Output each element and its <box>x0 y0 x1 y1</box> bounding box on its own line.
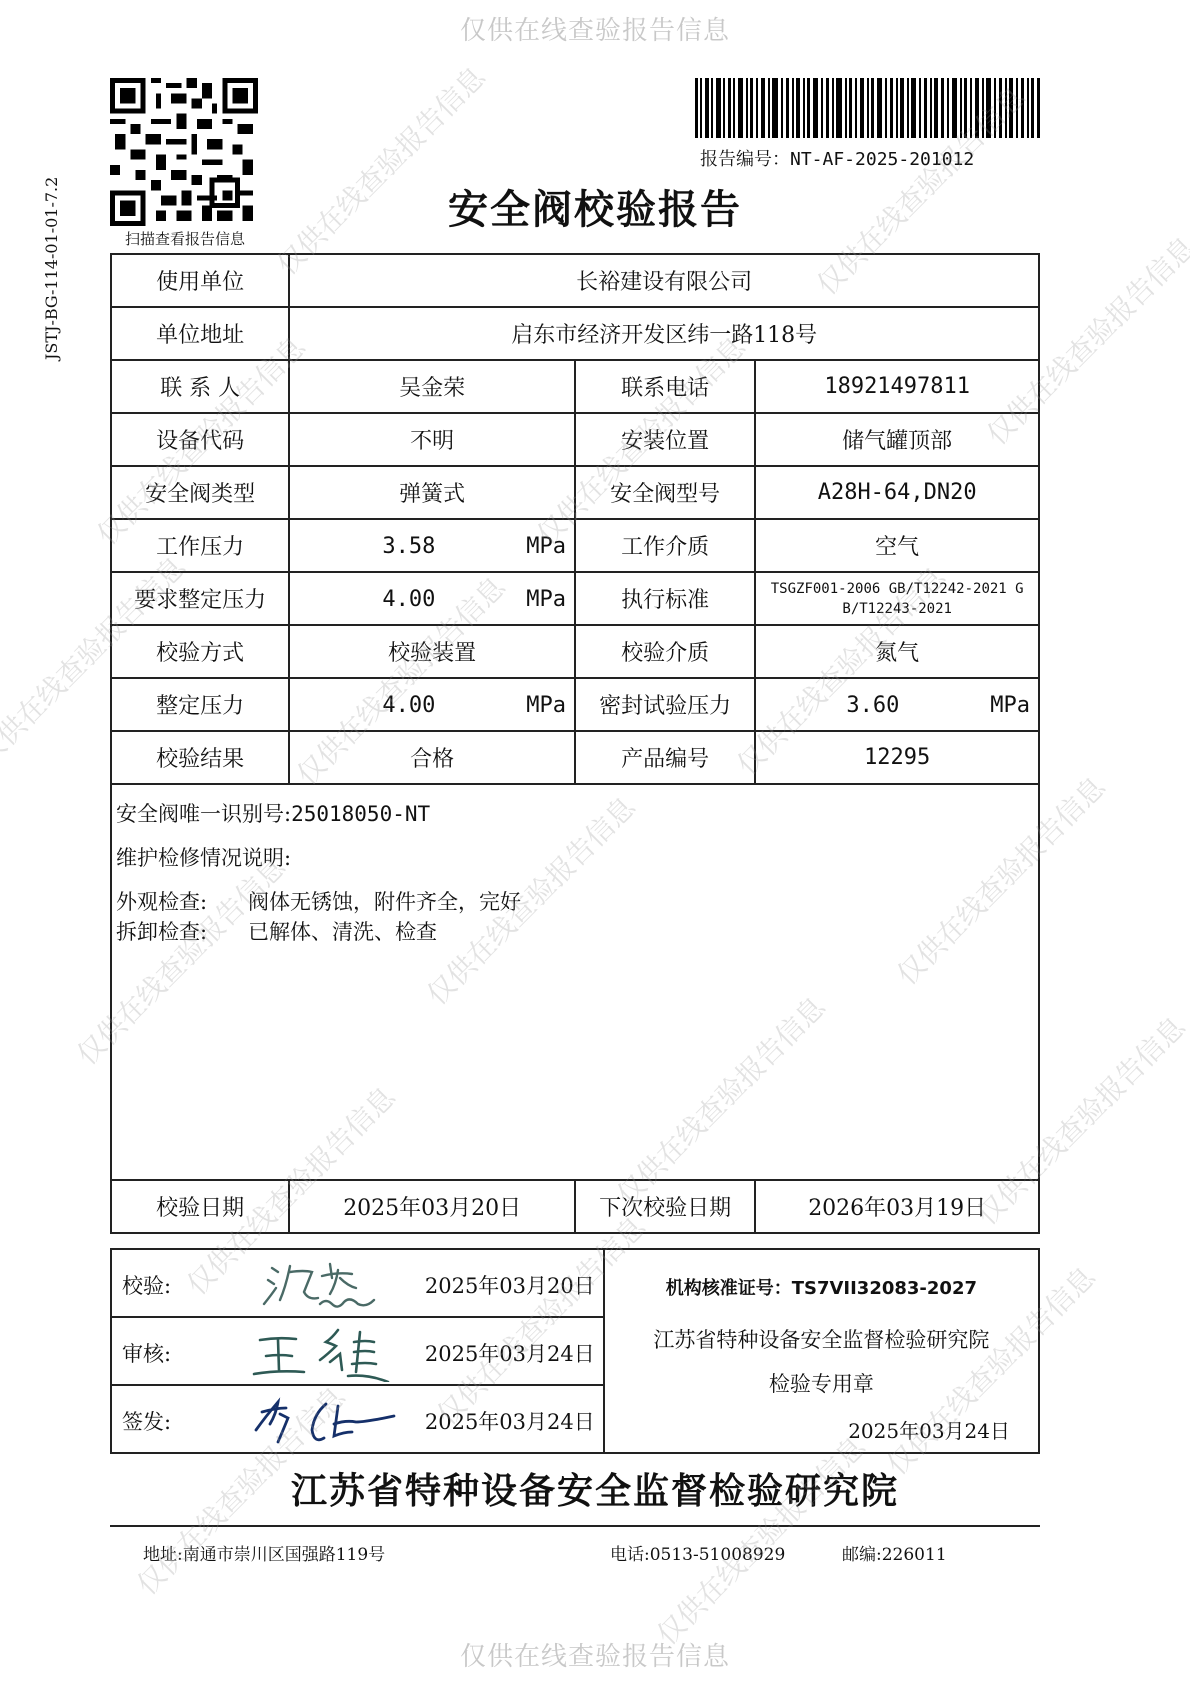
signature-approver-icon <box>242 1390 422 1450</box>
required-set-pressure-number: 4.00 <box>382 587 435 612</box>
value-contact: 吴金荣 <box>289 360 575 413</box>
report-number-value: NT-AF-2025-201012 <box>790 149 974 170</box>
label-product-no: 产品编号 <box>575 731 755 784</box>
seal-org-name: 江苏省特种设备安全监督检验研究院 <box>605 1324 1038 1354</box>
seal-test-pressure-number: 3.60 <box>846 693 899 718</box>
seal-date: 2025年03月24日 <box>848 1415 1010 1444</box>
signature-table: 校验: 2025年03月20日 机构核准证号：TS7VII32083-2027 … <box>110 1248 1040 1454</box>
label-contact: 联 系 人 <box>111 360 289 413</box>
unique-id: 安全阀唯一识别号:25018050-NT <box>116 799 1034 829</box>
label-valve-model: 安全阀型号 <box>575 466 755 519</box>
set-pressure-number: 4.00 <box>382 693 435 718</box>
table-row: 安全阀类型 弹簧式 安全阀型号 A28H-64,DN20 <box>111 466 1039 519</box>
label-standard: 执行标准 <box>575 572 755 625</box>
value-next-date: 2026年03月19日 <box>755 1180 1039 1233</box>
label-test-medium: 校验介质 <box>575 625 755 678</box>
report-number-label: 报告编号： <box>700 149 790 170</box>
value-set-pressure: 4.00 MPa <box>289 678 575 731</box>
cert-number: 机构核准证号：TS7VII32083-2027 <box>605 1274 1038 1300</box>
value-test-medium: 氮气 <box>755 625 1039 678</box>
table-row: 校验方式 校验装置 校验介质 氮气 <box>111 625 1039 678</box>
value-install-location: 储气罐顶部 <box>755 413 1039 466</box>
table-row: 校验结果 合格 产品编号 12295 <box>111 731 1039 784</box>
disassembly-check: 拆卸检查:已解体、清洗、检查 <box>116 917 1034 947</box>
value-unit-address: 启东市经济开发区纬一路118号 <box>289 307 1039 360</box>
footer-address: 地址:南通市崇川区国强路119号 <box>143 1540 385 1565</box>
label-test-method: 校验方式 <box>111 625 289 678</box>
signature-row-inspect: 校验: 2025年03月20日 <box>111 1249 604 1317</box>
watermark-bottom: 仅供在线查验报告信息 <box>0 1636 1190 1673</box>
table-row: 设备代码 不明 安装位置 储气罐顶部 <box>111 413 1039 466</box>
info-table: 使用单位 长裕建设有限公司 单位地址 启东市经济开发区纬一路118号 联 系 人… <box>110 253 1040 1234</box>
table-row: 联 系 人 吴金荣 联系电话 18921497811 <box>111 360 1039 413</box>
seal-stamp-label: 检验专用章 <box>605 1368 1038 1398</box>
watermark-diagonal: 仅供在线查验报告信息 <box>267 57 493 283</box>
label-install-location: 安装位置 <box>575 413 755 466</box>
label-inspect-date: 校验日期 <box>111 1180 289 1233</box>
value-required-set-pressure: 4.00 MPa <box>289 572 575 625</box>
maintenance-notes: 安全阀唯一识别号:25018050-NT 维护检修情况说明: 外观检查:阀体无锈… <box>111 784 1039 1180</box>
barcode-icon <box>695 78 1040 138</box>
table-row: 要求整定压力 4.00 MPa 执行标准 TSGZF001-2006 GB/T1… <box>111 572 1039 625</box>
maintenance-title: 维护检修情况说明: <box>116 843 1034 873</box>
value-valve-type: 弹簧式 <box>289 466 575 519</box>
value-working-medium: 空气 <box>755 519 1039 572</box>
value-phone: 18921497811 <box>755 360 1039 413</box>
seal-cell: 机构核准证号：TS7VII32083-2027 江苏省特种设备安全监督检验研究院… <box>604 1249 1039 1453</box>
date-inspect: 2025年03月20日 <box>425 1270 595 1300</box>
watermark-top: 仅供在线查验报告信息 <box>0 10 1190 47</box>
label-next-date: 下次校验日期 <box>575 1180 755 1233</box>
table-row: 使用单位 长裕建设有限公司 <box>111 254 1039 307</box>
footer-divider <box>110 1525 1040 1527</box>
page-title: 安全阀校验报告 <box>0 178 1190 235</box>
value-working-pressure: 3.58 MPa <box>289 519 575 572</box>
label-test-result: 校验结果 <box>111 731 289 784</box>
label-unit-address: 单位地址 <box>111 307 289 360</box>
table-row: 工作压力 3.58 MPa 工作介质 空气 <box>111 519 1039 572</box>
value-seal-test-pressure: 3.60 MPa <box>755 678 1039 731</box>
label-required-set-pressure: 要求整定压力 <box>111 572 289 625</box>
value-test-method: 校验装置 <box>289 625 575 678</box>
value-test-result: 合格 <box>289 731 575 784</box>
label-user-unit: 使用单位 <box>111 254 289 307</box>
date-approve: 2025年03月24日 <box>425 1406 595 1436</box>
dates-row: 校验日期 2025年03月20日 下次校验日期 2026年03月19日 <box>111 1180 1039 1233</box>
working-pressure-number: 3.58 <box>382 534 435 559</box>
value-product-no: 12295 <box>755 731 1039 784</box>
role-review: 审核: <box>122 1338 171 1368</box>
required-set-pressure-unit: MPa <box>526 587 566 612</box>
signature-row-review: 审核: 2025年03月24日 <box>111 1317 604 1385</box>
set-pressure-unit: MPa <box>526 693 566 718</box>
signature-reviewer-icon <box>242 1322 422 1382</box>
label-device-code: 设备代码 <box>111 413 289 466</box>
seal-test-pressure-unit: MPa <box>990 693 1030 718</box>
value-valve-model: A28H-64,DN20 <box>755 466 1039 519</box>
role-approve: 签发: <box>122 1406 171 1436</box>
value-user-unit: 长裕建设有限公司 <box>289 254 1039 307</box>
signature-row-approve: 签发: 2025年03月24日 <box>111 1385 604 1453</box>
working-pressure-unit: MPa <box>526 534 566 559</box>
report-number: 报告编号：NT-AF-2025-201012 <box>700 145 974 171</box>
footer-zip: 邮编:226011 <box>842 1540 947 1565</box>
signature-inspector-icon <box>242 1254 422 1314</box>
value-standard: TSGZF001-2006 GB/T12242-2021 G B/T12243-… <box>755 572 1039 625</box>
table-row: 整定压力 4.00 MPa 密封试验压力 3.60 MPa <box>111 678 1039 731</box>
value-inspect-date: 2025年03月20日 <box>289 1180 575 1233</box>
label-valve-type: 安全阀类型 <box>111 466 289 519</box>
table-row: 单位地址 启东市经济开发区纬一路118号 <box>111 307 1039 360</box>
label-phone: 联系电话 <box>575 360 755 413</box>
form-code: JSTJ-BG-114-01-01-7.2 <box>42 120 72 360</box>
label-seal-test-pressure: 密封试验压力 <box>575 678 755 731</box>
appearance-check: 外观检查:阀体无锈蚀，附件齐全，完好 <box>116 887 1034 917</box>
notes-row: 安全阀唯一识别号:25018050-NT 维护检修情况说明: 外观检查:阀体无锈… <box>111 784 1039 1180</box>
role-inspect: 校验: <box>122 1270 171 1300</box>
label-set-pressure: 整定压力 <box>111 678 289 731</box>
footer-phone: 电话:0513-51008929 <box>610 1540 785 1565</box>
footer-org-name: 江苏省特种设备安全监督检验研究院 <box>0 1463 1190 1514</box>
value-device-code: 不明 <box>289 413 575 466</box>
date-review: 2025年03月24日 <box>425 1338 595 1368</box>
label-working-medium: 工作介质 <box>575 519 755 572</box>
label-working-pressure: 工作压力 <box>111 519 289 572</box>
